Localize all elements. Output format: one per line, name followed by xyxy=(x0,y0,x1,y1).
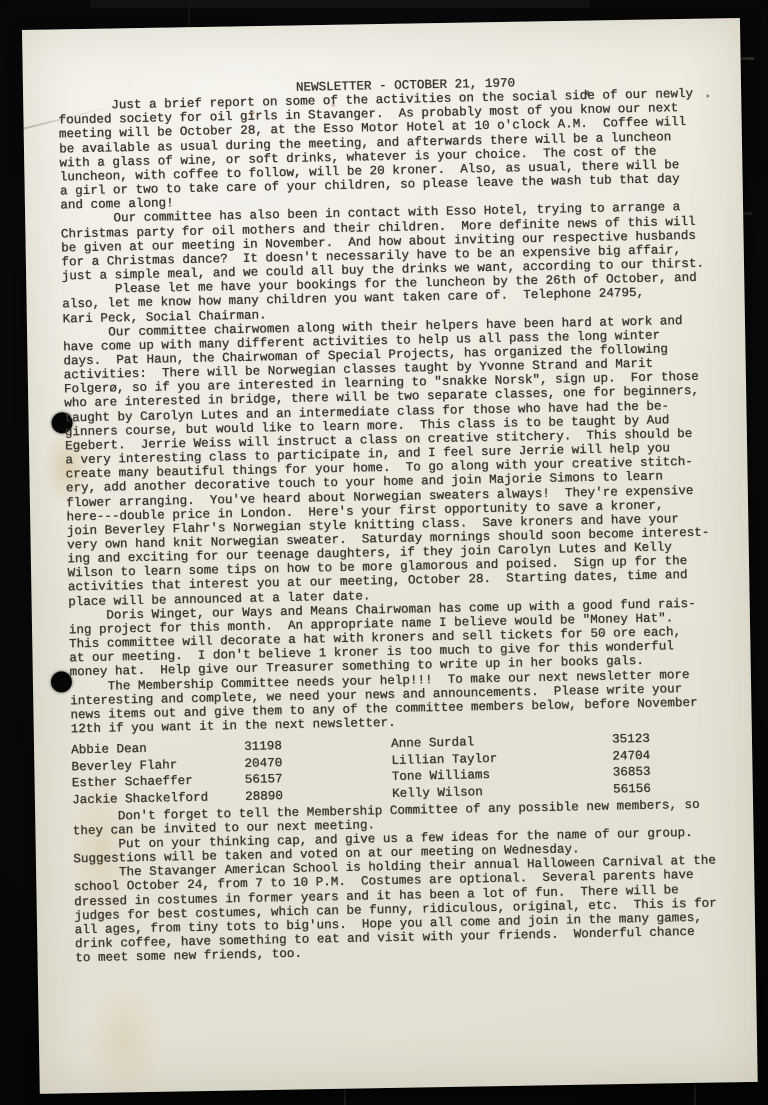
member-name: Anne Surdal xyxy=(391,735,474,751)
paragraph-meeting-report: Just a brief report on some of the activ… xyxy=(58,86,722,212)
background-seam xyxy=(90,0,590,8)
typewritten-text-block: NEWSLETTER - OCTOBER 21, 1970 Just a bri… xyxy=(58,72,737,965)
member-phone: 35123 xyxy=(612,732,650,747)
member-phone: 24704 xyxy=(612,749,650,764)
background-seam xyxy=(344,1086,346,1105)
member-phone: 31198 xyxy=(244,739,282,754)
member-name: Esther Schaeffer xyxy=(72,774,193,791)
member-phone: 56156 xyxy=(613,782,651,797)
member-name: Jackie Shackelford xyxy=(72,791,208,808)
member-name: Tone Williams xyxy=(392,768,491,784)
member-phone: 36853 xyxy=(613,765,651,780)
newsletter-page: NEWSLETTER - OCTOBER 21, 1970 Just a bri… xyxy=(22,18,758,1094)
background-seam xyxy=(741,57,754,60)
paragraph-halloween-carnival: The Stavanger American School is holding… xyxy=(73,853,737,965)
photo-background: NEWSLETTER - OCTOBER 21, 1970 Just a bri… xyxy=(0,0,768,1105)
paragraph-christmas-party: Our committee has also been in contact w… xyxy=(60,200,723,284)
paragraph-money-hat: Doris Winget, our Ways and Means Chairwo… xyxy=(68,596,731,680)
committee-phone-table: Abbie Dean 31198 Anne Surdal 35123 Bever… xyxy=(71,730,727,809)
member-name: Beverley Flahr xyxy=(71,758,177,774)
member-name: Abbie Dean xyxy=(71,742,147,758)
member-phone: 28890 xyxy=(245,789,283,804)
member-name: Kelly Wilson xyxy=(392,785,483,801)
paper-stain xyxy=(86,983,163,1094)
member-phone: 20470 xyxy=(244,756,282,771)
background-seam xyxy=(694,1084,696,1105)
paragraph-activities: Our committee chairwomen along with thei… xyxy=(63,313,731,609)
member-phone: 56157 xyxy=(245,772,283,787)
member-name: Lillian Taylor xyxy=(391,752,497,768)
